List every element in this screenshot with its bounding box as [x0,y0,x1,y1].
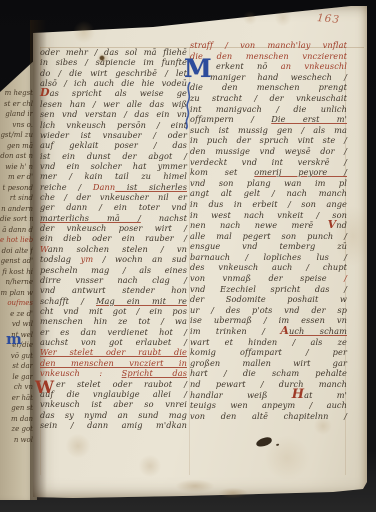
text-segment: er hāt [12,394,33,402]
text-segment: n/herne [5,278,33,286]
facing-text-fragment: fi kost hi [0,267,33,278]
facing-text-fragment: st er chl [0,99,33,110]
manuscript-text-line: wieder ist vnsauber / oder [40,130,187,140]
facing-text-fragment: e hot lieb [0,235,33,246]
text-segment: erkent nō [216,61,281,71]
text-segment: che / der vnkeuscher nil er [40,192,187,202]
text-segment: maniger hand weschech / [210,72,347,82]
facing-text-fragment: le gar [0,372,33,383]
text-segment: cht vnd mit got / ein pos [40,306,187,316]
manuscript-text-line: großen mallen wirt gar [190,358,347,369]
manuscript-text-line: todslag ym / wochn an sud [40,254,187,264]
manuscript-text-line: Das spricht als weise ge [40,88,187,98]
text-segment: sen vnd verstan / das ein vn [40,109,187,119]
text-segment: do / die wirt geschribē / let [40,68,187,78]
manuscript-text-line: marterlichs mā / nachst [40,213,187,223]
text-segment: teuigs wen anpeym / auch [190,400,347,410]
text-segment: genst ad' [1,257,33,265]
text-segment: ym [81,254,94,264]
text-segment: ist ein dunst der abgot / [40,151,187,161]
manuscript-text-line: vnd Ezechiel spricht das / [190,284,347,295]
manuscript-text-line: vnd son plang wan im pl [190,178,347,189]
text-segment: menschen hin ze tot / wa [40,316,187,326]
manuscript-text-line: Wer stelet oder raubt die [40,347,187,357]
manuscript-text-line: im trinken / Auch scham [190,326,347,337]
text-segment: reiche / [40,182,93,192]
facing-text-fragment: genst ad' [0,256,33,267]
manuscript-text-line: er stelet oder raubot / [40,379,187,389]
text-segment: verdeckt vnd int verskrē / [190,157,347,167]
text-segment: todslag [40,254,81,264]
manuscript-text-line: angt alt gelt / nach manch [190,188,347,199]
facing-text-fragment: doi alte f [0,246,33,257]
text-segment: Die erst m' [271,114,347,124]
text-segment: oder mehr / das sol mā fliehē [40,47,187,57]
text-segment: in west nach vnkeit / son [190,210,347,220]
text-segment: at m' [304,390,347,400]
manuscript-text-line: kom set omerij peyore / [190,167,347,178]
facing-page-text-fragments: m hegstst er chlgland irvns o.gst/ml zug… [0,88,33,445]
facing-text-fragment: oufmes [0,298,33,309]
facing-text-fragment: m plan w [0,288,33,299]
text-segment: des vnkeusch auch / chupt [190,262,347,272]
text-segment: in dus in erbeit / son ange [190,199,347,209]
facing-text-fragment: t pesond [0,183,33,194]
text-segment: hart / die scham pehalte [190,368,347,378]
manuscript-text-line: mer / kain tail zu himel [40,171,187,181]
facing-text-fragment: ā dann d [0,225,33,236]
manuscript-text-line: lich vnkeusch persōn / eint [40,120,187,130]
facing-text-fragment: ch vn [0,382,33,393]
manuscript-text-line: menschen hin ze tot / wa [40,316,187,326]
text-segment: ur / des p'ots vnd der sp [190,305,347,315]
manuscript-text-line: in puch der spruch vint ste / [190,135,347,146]
manuscript-text-line: den mussige vnd weysē dor / [190,146,347,157]
text-segment: von den altē chapitelnn / [190,411,347,421]
text-segment: nachst [141,213,187,223]
facing-text-fragment: gland ir [0,109,33,120]
manuscript-text-line: der vnkeusch poser wirt / [40,223,187,233]
facing-text-fragment: n andern [0,204,33,215]
text-segment: gst/ml zu [0,131,33,139]
facing-text-fragment: e ze d' [0,309,33,320]
manuscript-text-line: alle mal pegert son punch / [190,231,347,242]
manuscript-text-line: Wann solchen stelen / vn [40,244,187,254]
text-segment: im trinken / [190,326,280,336]
manuscript-text-line: auf geklait poser / das [40,140,187,150]
manuscript-text-line: cht vnd mit got / ein pos [40,306,187,316]
text-segment: dirre vnsser nach clag / [40,275,187,285]
manuscript-text-line: in west nach vnkeit / son [190,210,347,221]
text-segment: vnd son plang wan im pl [190,178,347,188]
text-segment: gland ir [5,110,33,118]
text-segment: die den menschen vnczierent [190,51,347,61]
facing-text-fragment: don ast n [0,151,33,162]
text-segment: ch vn [14,383,33,391]
manuscript-text-line: handlar weiß Hat m' [190,390,347,401]
text-segment: vd wil [12,320,33,328]
text-segment: großen mallen wirt gar [190,358,347,368]
manuscript-text-line: auf die vnglaubige allei / [40,389,187,399]
manuscript-text-line: in dus in erbeit / son ange [190,199,347,210]
facing-text-fragment: vō gut [0,351,33,362]
manuscript-text-line: verdeckt vnd int verskrē / [190,157,347,168]
text-segment: W [40,244,48,254]
text-segment: in sibes / sapiencie im funfte [40,57,187,67]
text-segment: omerij peyore / [254,167,347,177]
manuscript-text-line: straff / von manch'lay vnflat [190,40,347,51]
manuscript-text-line: dirre vnsser nach clag / [40,275,187,285]
manuscript-text-line: vnd ein solcher hat ymmer [40,161,187,171]
text-segment: gen st [11,404,33,412]
facing-text-fragment: wie h' n [0,162,33,173]
manuscript-text-line: der Sodomite poshait w [190,294,347,305]
folio-number: 163 [317,12,341,26]
text-segment: vnd Ezechiel spricht das / [190,284,347,294]
manuscript-text-line: int manigvach / die unlich [190,104,347,115]
text-segment: ise ubermaß / im essen vn [190,315,347,325]
manuscript-text-line: sen vnd verstan / das ein vn [40,109,187,119]
text-segment: er stelet oder raubot / [56,379,187,389]
text-segment: ein dieb oder ein rauber / [40,233,187,243]
manuscript-text-line: des vnkeusch auch / chupt [190,262,347,273]
text-segment: komig offampart / per [190,347,347,357]
facing-page-edge: m hegstst er chlgland irvns o.gst/ml zug… [0,58,37,500]
text-segment: die sort n [0,215,33,223]
manuscript-text-line: auchst von got erlaubet / [40,337,187,347]
facing-text-fragment: n wol [0,435,33,446]
manuscript-text-line: den menschen vncziert in [40,358,187,368]
text-segment: nd [336,220,347,230]
manuscript-text-line: ensgue vnd temberg zū [190,241,347,252]
text-segment: m dan [11,415,33,423]
text-segment: wieder ist vnsauber / oder [40,130,187,140]
text-segment: as spricht als weise ge [50,88,187,98]
manuscript-text-line: zu stracht / der vnkeuschait [190,93,347,104]
text-segment: V [328,218,337,231]
text-segment: der vnkeusch poser wirt / [40,223,187,233]
manuscript-text-line: ise ubermaß / im essen vn [190,315,347,326]
manuscript-text-line: che / der vnkeuscher nil er [40,192,187,202]
text-segment: D [40,86,50,99]
text-segment: schafft / [40,296,96,306]
facing-text-fragment: m er d' [0,172,33,183]
text-segment: st dar [12,362,33,370]
manuscript-text-line: lesen han / wer alle das wiß [40,99,187,109]
text-segment: straff / von manch'lay vnflat [190,40,347,50]
facing-text-fragment: st dar [0,361,33,372]
text-segment: auchst von got erlaubet / [40,337,187,347]
facing-text-fragment: vns o. [0,120,33,131]
text-segment: von vnmaß der speise [190,273,327,283]
manuscript-text-line: reiche / Dann ist sicherles [40,182,187,192]
manuscript-text-line: erkent nō an vnkeuschl [190,61,347,72]
text-segment: wart et hinden / als ze [190,337,347,347]
text-segment: ann solchen stelen / vn [48,244,187,254]
text-segment: den mussige vnd weysē dor / [190,146,347,156]
facing-text-fragment: gen st [0,403,33,414]
text-segment: vnkeusch : [40,368,122,378]
text-segment: A [280,324,289,337]
text-segment: int manigvach / die unlich [190,104,347,114]
text-segment: an vnkeuschl [281,61,347,71]
manuscript-text-line: wart et hinden / als ze [190,337,347,348]
text-segment: e ze d' [10,310,33,318]
manuscript-text-line: ist ein dunst der abgot / [40,151,187,161]
facing-text-fragment: gst/ml zu [0,130,33,141]
text-segment: alle mal pegert son punch / [190,231,347,241]
manuscript-text-line: pescheln mag / als eines [40,265,187,275]
text-segment: Spricht das [122,368,187,378]
text-segment: lesen han / wer alle das wiß [40,99,187,109]
text-segment: m hegst [5,89,33,97]
text-column-right: straff / von manch'lay vnflatdie den men… [190,40,347,421]
text-segment: auf die vnglaubige allei / [40,389,187,399]
text-segment: in puch der spruch vint ste / [190,135,347,145]
manuscript-text-line: oder mehr / das sol mā fliehē [40,47,187,57]
manuscript-text-line: die den menschen vnczierent [190,51,347,62]
text-segment: rt sind [10,194,33,202]
text-segment: / [327,273,347,283]
text-segment: der Sodomite poshait w [190,294,347,304]
text-segment: ā dann d [2,226,33,234]
text-segment: Mag ein mit re [96,296,187,306]
text-segment: das sy nymd an sund mag [40,410,187,420]
manuscript-text-line: hart / die scham pehalte [190,368,347,379]
text-segment: ze got [11,425,33,433]
facing-text-fragment: rt sind [0,193,33,204]
facing-text-fragment: n/herne [0,277,33,288]
text-segment: lich vnkeusch persōn / eint [40,120,187,130]
manuscript-text-line: komig offampart / per [190,347,347,358]
manuscript-text-line: sein / dann amig m'dkan [40,420,187,430]
text-segment: mer / kain tail zu himel [40,171,187,181]
text-segment: e hot lieb [0,236,33,244]
text-segment: / wochn an sud [93,254,187,264]
manuscript-text-line: ur / des p'ots vnd der sp [190,305,347,316]
text-segment: zu stracht / der vnkeuschait [190,93,347,103]
text-segment: such ist mussig gen / als ma [190,125,347,135]
facing-text-fragment: m hegst [0,88,33,99]
illuminated-initial-m: M [184,57,212,81]
manuscript-text-line: alsō / ich auch die hie vodeū [40,78,187,88]
facing-illuminated-initial: m [6,330,22,348]
text-segment: Dann [93,182,115,192]
text-segment: m plan w [1,289,33,297]
text-segment: er es dan verdienet hot / [40,327,187,337]
manuscript-text-line: nd pewart / durch manch [190,379,347,390]
manuscript-text-line: von den altē chapitelnn / [190,411,347,422]
facing-text-fragment: gen mā [0,141,33,152]
manuscript-text-line: von vnmaß der speise / [190,273,347,284]
manuscript-text-line: offampern / Die erst m' [190,114,347,125]
text-segment: pescheln mag / als eines [40,265,187,275]
text-segment: den menschen vncziert in [40,358,187,368]
manuscript-text-line: ein dieb oder ein rauber / [40,233,187,243]
text-segment: vns o. [12,121,33,129]
text-segment: auf geklait poser / das [40,140,187,150]
manuscript-text-line: vnkeusch ist aber so vnrei [40,399,187,409]
text-segment: Wer stelet oder raubt die [40,347,187,357]
text-segment: fi kost hi [2,268,33,276]
manuscript-text-line: vnkeusch : Spricht das [40,368,187,378]
text-segment: n andern [1,205,33,213]
manuscript-text-line: schafft / Mag ein mit re [40,296,187,306]
text-segment: angt alt gelt / nach manch [190,188,347,198]
text-segment: gen mā [7,142,33,150]
manuscript-text-line: er es dan verdienet hot / [40,327,187,337]
facing-text-fragment: die sort n [0,214,33,225]
text-segment: marterlichs mā / [40,213,141,223]
text-segment: vnd ein solcher hat ymmer [40,161,187,171]
manuscript-photo: m hegstst er chlgland irvns o.gst/ml zug… [0,0,376,512]
manuscript-text-line: die den menschen prengt [190,82,347,93]
manuscript-text-line: vnd antwurt stender hon [40,285,187,295]
facing-text-fragment: er hāt [0,393,33,404]
text-segment: handlar weiß [190,390,292,400]
text-segment: m er d' [8,173,33,181]
text-column-left: oder mehr / das sol mā fliehēin sibes / … [40,47,187,430]
text-segment: don ast n [0,152,33,160]
facing-text-fragment: ze got [0,424,33,435]
manuscript-text-line: nen nach newe merē Vnd [190,220,347,231]
text-segment: oufmes [7,299,33,307]
text-segment: le gar [12,373,33,381]
text-segment: ensgue vnd temberg zū [190,241,347,251]
text-segment: n wol [14,436,33,444]
text-segment: vnd antwurt stender hon [40,285,187,295]
text-segment: vnkeusch ist aber so vnrei [40,399,187,409]
manuscript-text-line: barnauch / lopliches lus / [190,252,347,263]
manuscript-text-line: teuigs wen anpeym / auch [190,400,347,411]
initial-m-flourish [182,82,196,130]
facing-text-fragment: vd wil [0,319,33,330]
manuscript-text-line: maniger hand weschech / [190,72,347,83]
manuscript-text-line: do / die wirt geschribē / let [40,68,187,78]
text-segment: alsō / ich auch die hie vodeū [40,78,187,88]
text-segment: vō gut [11,352,33,360]
text-segment: st er chl [4,100,33,108]
text-segment: t pesond [3,184,33,192]
text-segment: wie h' n [5,163,33,171]
rubric-initial-w: W [35,380,54,397]
manuscript-text-line: such ist mussig gen / als ma [190,125,347,136]
manuscript-text-line: ger dann / ein toter vnd [40,202,187,212]
text-segment: doi alte f [2,247,33,255]
text-segment: die den menschen prengt [190,82,347,92]
text-segment: kom set [190,167,254,177]
text-segment: nd pewart / durch manch [190,379,347,389]
text-segment: nen nach newe merē [190,220,328,230]
text-segment: sein / dann amig m'dkan [40,420,187,430]
text-segment: uch scham [289,326,347,336]
manuscript-text-line: in sibes / sapiencie im funfte [40,57,187,67]
manuscript-text-line: das sy nymd an sund mag [40,410,187,420]
text-segment: barnauch / lopliches lus / [190,252,347,262]
text-segment: offampern / [190,114,271,124]
text-segment: ist sicherles [115,182,187,192]
facing-text-fragment: m dan [0,414,33,425]
text-segment: ger dann / ein toter vnd [40,202,187,212]
